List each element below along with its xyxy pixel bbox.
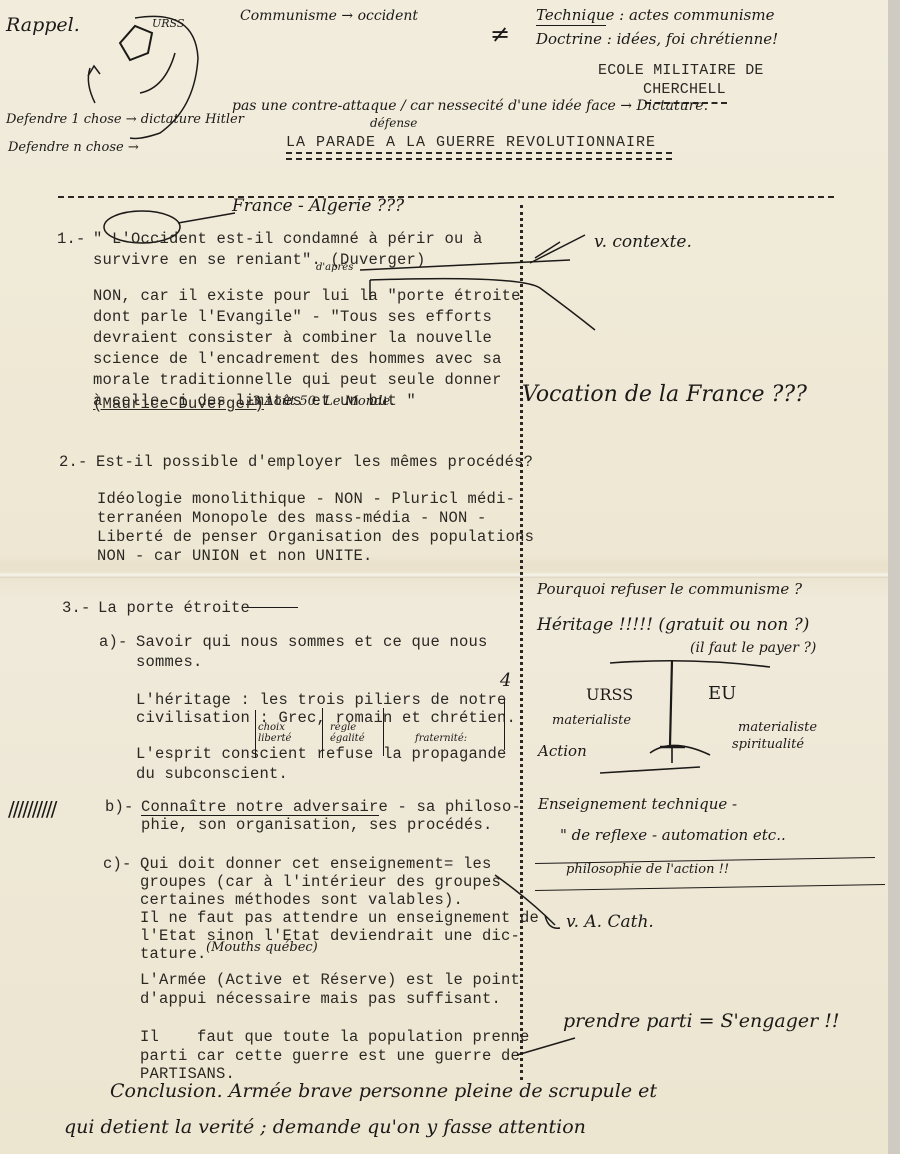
subsection-a-label: a)-: [99, 632, 128, 653]
note-faut-payer: (il faut le payer ?): [690, 640, 816, 656]
note-heritage: Héritage !!!!! (gratuit ou non ?): [537, 615, 809, 635]
note-fraternite: fraternité:: [415, 733, 467, 744]
note-defendre-1: Defendre 1 chose → dictature Hitler: [6, 112, 244, 127]
subsection-b-label: b)-: [105, 797, 134, 818]
section-2-body-line2: terranéen Monopole des mass-média - NON …: [97, 508, 487, 529]
note-mots-quebec: (Mouths québec): [206, 940, 318, 955]
arrow-4-icon: 4: [500, 670, 511, 691]
note-communisme: Communisme → occident: [240, 8, 418, 24]
section-2-body-line4: NON - car UNION et non UNITE.: [97, 546, 373, 567]
title-underline-2: [286, 158, 672, 160]
neq-icon: ≠: [490, 20, 510, 48]
note-spiritualite: spiritualité: [732, 737, 804, 752]
school-name-line2: CHERCHELL: [643, 79, 726, 100]
note-defendre-n: Defendre n chose →: [8, 140, 139, 155]
note-defense: défense: [370, 116, 417, 130]
section-1-number: 1.-: [57, 229, 86, 250]
note-eu: EU: [708, 683, 736, 704]
hatch-mark-icon: //////////: [8, 797, 55, 821]
note-contexte: v. contexte.: [594, 232, 692, 252]
technique-underline: [536, 25, 606, 26]
subsection-c-label: c)-: [103, 854, 132, 875]
page-title: LA PARADE A LA GUERRE REVOLUTIONNAIRE: [286, 132, 656, 153]
note-urss: URSS: [586, 685, 633, 704]
conclusion-line1: Conclusion. Armée brave personne pleine …: [110, 1080, 657, 1102]
section-3-number: 3.-: [62, 598, 91, 619]
section-3-dash: [246, 607, 298, 608]
subsection-a-line1: Savoir qui nous sommes et ce que nous: [136, 632, 488, 653]
porte-etroite-bracket-icon: [360, 230, 620, 350]
note-materialiste-right: materialiste: [738, 720, 817, 735]
note-choix-liberte: choix liberté: [258, 722, 298, 744]
section-2-question: Est-il possible d'employer les mêmes pro…: [96, 452, 533, 473]
note-france-algerie: France - Algerie ???: [232, 196, 404, 216]
subsection-c-body-line1: L'Armée (Active et Réserve) est le point: [140, 970, 520, 991]
section-3-title: La porte étroite: [98, 598, 250, 619]
subsection-c-line6: tature.: [140, 944, 207, 965]
note-enseignement: Enseignement technique -: [538, 795, 737, 813]
note-vocation-france: Vocation de la France ???: [522, 382, 807, 407]
note-regle-egalite: règle égalité: [330, 722, 375, 744]
arrow-to-cath-icon: [490, 870, 570, 940]
note-pourquoi-refuser: Pourquoi refuser le communisme ?: [537, 580, 802, 598]
paper-fold: [0, 572, 888, 578]
note-reflexe: " de reflexe - automation etc..: [560, 826, 786, 844]
arrow-prendre-parti-icon: [515, 1030, 595, 1060]
note-prendre-parti: prendre parti = S'engager !!: [563, 1010, 840, 1032]
section-2-number: 2.-: [59, 452, 88, 473]
note-contre-attaque: pas une contre-attaque / car nessecité d…: [232, 98, 708, 114]
chretien-bracket: [504, 700, 505, 750]
subsection-a-line2: sommes.: [136, 652, 203, 673]
note-va-cath: v. A. Cath.: [566, 912, 654, 932]
note-rappel: Rappel.: [6, 14, 80, 36]
subsection-b-line2: phie, son organisation, ses procédés.: [141, 815, 493, 836]
note-date-source: 3 Août 50. Le Monde.: [252, 394, 394, 409]
note-philosophie: philosophie de l'action !!: [566, 862, 729, 877]
school-name-line1: ECOLE MILITAIRE DE: [598, 60, 764, 81]
conclusion-line2: qui detient la verité ; demande qu'on y …: [64, 1116, 586, 1138]
note-materialiste-left: materialiste: [552, 713, 631, 728]
section-1-author: (Maurice Duverger): [93, 394, 264, 415]
note-doctrine: Doctrine : idées, foi chrétienne!: [536, 30, 778, 48]
subsection-a-body-line5-text: du subconscient.: [136, 764, 288, 785]
page-edge: [888, 0, 900, 1154]
subsection-c-body-line4: Il faut que toute la population prenne: [140, 1027, 530, 1048]
section-2-body-line3: Liberté de penser Organisation des popul…: [97, 527, 534, 548]
subsection-c-body-line2: d'appui nécessaire mais pas suffisant.: [140, 989, 501, 1010]
note-action: Action: [538, 742, 587, 760]
note-technique: Technique : actes communisme: [536, 6, 774, 24]
title-underline: [286, 152, 672, 154]
note-dapres: d'après: [316, 262, 353, 273]
note-urss-sketch: URSS: [152, 17, 184, 30]
horizontal-rule: [58, 196, 834, 198]
section-1-body-line5: morale traditionnelle qui peut seule don…: [93, 370, 502, 391]
section-2-body-line1: Idéologie monolithique - NON - Pluricl m…: [97, 489, 515, 510]
section-1-body-line4: science de l'encadrement des hommes avec…: [93, 349, 502, 370]
